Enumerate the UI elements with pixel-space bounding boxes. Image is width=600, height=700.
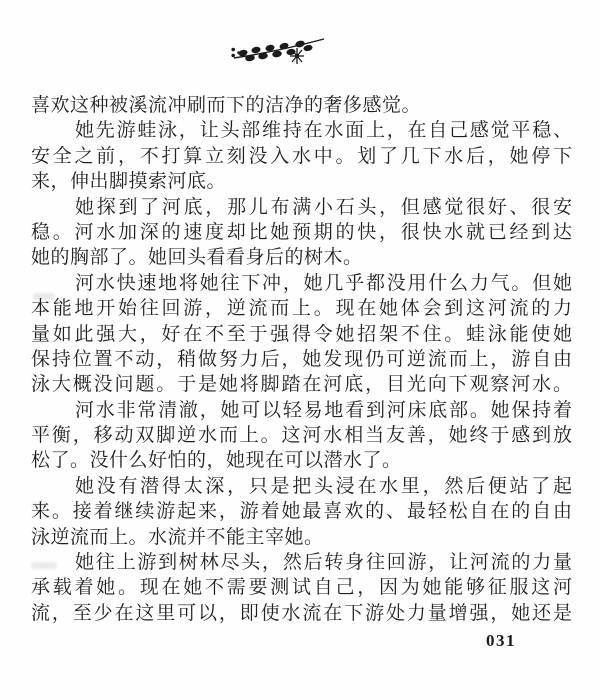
text-line: 河水非常清澈，她可以轻易地看到河床底部。她保持着 <box>31 398 572 423</box>
text-line: 平衡，移动双脚逆水而上。这河水相当友善，她终于感到放 <box>31 423 572 448</box>
text-line: 承载着她。现在她不需要测试自己，因为她能够征服这河 <box>31 575 572 600</box>
text-line: 流，至少在这里可以，即使水流在下游处力量增强，她还是 <box>31 601 572 626</box>
scan-artifact <box>33 293 55 300</box>
text-line: 来，伸出脚摸索河底。 <box>31 169 572 194</box>
text-line: 她的胸部了。她回头看看身后的树木。 <box>31 245 572 270</box>
text-line: 本能地开始往回游，逆流而上。现在她体会到这河流的力 <box>31 296 572 321</box>
text-line: 她往上游到树林尽头，然后转身往回游，让河流的力量 <box>31 550 572 575</box>
text-line: 她先游蛙泳，让头部维持在水面上，在自己感觉平稳、 <box>31 118 572 143</box>
page-number: 031 <box>486 631 526 651</box>
text-line: 泳大概没问题。于是她将脚踏在河底，目光向下观察河水。 <box>31 372 572 397</box>
scan-artifact <box>31 502 47 509</box>
text-line: 她探到了河底，那儿布满小石头，但感觉很好、很安 <box>31 195 572 220</box>
scan-artifact <box>31 562 57 569</box>
scan-artifact <box>33 427 51 434</box>
text-block: 喜欢这种被溪流冲刷而下的洁净的奢侈感觉。她先游蛙泳，让头部维持在水面上，在自己感… <box>31 93 572 626</box>
text-line: 稳。河水加深的速度却比她预期的快，很快水就已经到达 <box>31 220 572 245</box>
floral-branch-ornament-icon <box>230 32 330 68</box>
text-line: 泳逆流而上。水流并不能主宰她。 <box>31 525 572 550</box>
text-line: 松了。没什么好怕的，她现在可以潜水了。 <box>31 448 572 473</box>
text-line: 量如此强大，好在不至于强得令她招架不住。蛙泳能使她 <box>31 322 572 347</box>
text-line: 喜欢这种被溪流冲刷而下的洁净的奢侈感觉。 <box>31 93 572 118</box>
text-line: 河水快速地将她往下冲，她几乎都没用什么力气。但她 <box>31 271 572 296</box>
text-line: 来。接着继续游起来，游着她最喜欢的、最轻松自在的自由 <box>31 499 572 524</box>
book-page: { "page": { "ornament_icon": "floral-bra… <box>0 0 600 700</box>
text-line: 安全之前，不打算立刻没入水中。划了几下水后，她停下 <box>31 144 572 169</box>
text-line: 她没有潜得太深，只是把头浸在水里，然后便站了起 <box>31 474 572 499</box>
text-line: 保持位置不动，稍做努力后，她发现仍可逆流而上，游自由 <box>31 347 572 372</box>
